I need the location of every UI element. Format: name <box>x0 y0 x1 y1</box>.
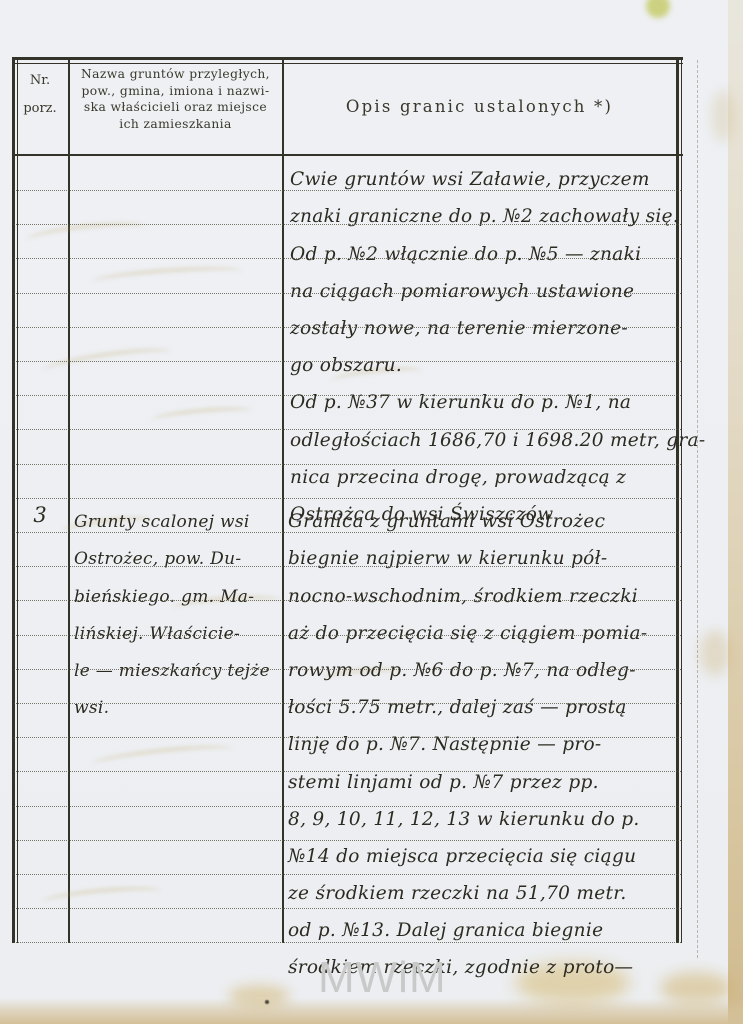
header-text-line: pow., gmina, imiona i nazwi- <box>70 83 281 100</box>
dotted-ruling-line <box>14 737 681 738</box>
handwritten-line: Od p. №37 w kierunku do p. №1, na <box>290 379 680 416</box>
ink-bleed-mark <box>42 884 163 909</box>
header-text-line: ska właścicieli oraz miejsce <box>70 99 281 116</box>
scanned-document-page: Nr. porz. Nazwa gruntów przyległych,pow.… <box>0 0 743 1024</box>
stain-mark <box>712 90 734 142</box>
dotted-ruling-line <box>14 190 681 191</box>
ink-bleed-mark <box>92 742 233 772</box>
handwritten-line: №14 do miejsca przecięcia się ciągu <box>288 833 680 870</box>
handwritten-line: aż do przecięcia się z ciągiem pomia- <box>288 610 680 647</box>
header-text-line: Nazwa gruntów przyległych, <box>70 66 281 83</box>
handwritten-line: rowym od p. №6 do p. №7, na odleg- <box>288 647 680 684</box>
header-text-line: ich zamieszkania <box>70 116 281 133</box>
dotted-ruling-line <box>14 908 681 909</box>
dotted-ruling-line <box>14 942 681 943</box>
handwritten-line: Grunty scalonej wsi <box>74 498 280 535</box>
header-nr-line2: porz. <box>12 101 68 116</box>
handwritten-line: od p. №13. Dalej granica biegnie <box>288 907 680 944</box>
dotted-ruling-line <box>14 532 681 533</box>
header-boundary-description: Opis granic ustalonych *) <box>283 57 676 155</box>
dotted-ruling-line <box>14 806 681 807</box>
handwritten-line: stemi linjami od p. №7 przez pp. <box>288 758 680 795</box>
dotted-ruling-line <box>14 669 681 670</box>
handwritten-line: nocno-wschodnim, środkiem rzeczki <box>288 572 680 609</box>
ink-speck <box>265 1000 269 1004</box>
dotted-ruling-line <box>14 498 681 499</box>
dotted-ruling-line <box>14 361 681 362</box>
dotted-ruling-line <box>14 600 681 601</box>
dotted-ruling-line <box>14 395 681 396</box>
dotted-ruling-line <box>14 293 681 294</box>
dotted-ruling-line <box>14 464 681 465</box>
fold-line <box>697 60 698 958</box>
header-adjacent-lands: Nazwa gruntów przyległych,pow., gmina, i… <box>70 66 281 132</box>
handwritten-line: na ciągach pomiarowych ustawione <box>290 268 680 305</box>
stain-mark <box>700 630 730 676</box>
handwritten-line: lińskiej. Właścicie- <box>74 610 280 647</box>
watermark: MWiM <box>318 953 447 1003</box>
handwritten-line: zostały nowe, na terenie mierzone- <box>290 305 680 342</box>
dotted-ruling-line <box>14 874 681 875</box>
dotted-ruling-line <box>14 258 681 259</box>
ink-bleed-mark <box>25 219 146 248</box>
dotted-ruling-line <box>14 840 681 841</box>
handwritten-line: Granica z gruntami wsi Ostrożec <box>288 498 680 535</box>
handwritten-line: Cwie gruntów wsi Załawie, przyczem <box>290 156 680 193</box>
handwritten-line: le — mieszkańcy tejże <box>74 647 280 684</box>
boundary-description-continuation: Cwie gruntów wsi Załawie, przyczemznaki … <box>290 156 680 528</box>
dotted-ruling-line <box>14 327 681 328</box>
ink-bleed-mark <box>92 264 243 289</box>
entry-number: 3 <box>12 503 68 527</box>
stain-mark <box>646 0 670 18</box>
handwritten-line: odległościach 1686,70 i 1698.20 metr, gr… <box>290 416 680 453</box>
table-border-right-inner <box>681 57 682 943</box>
header-nr-porz: Nr. porz. <box>12 73 68 116</box>
handwritten-line: linję do p. №7. Następnie — pro- <box>288 721 680 758</box>
stain-mark <box>228 985 290 1007</box>
handwritten-line: ze środkiem rzeczki na 51,70 metr. <box>288 870 680 907</box>
dotted-ruling-line <box>14 703 681 704</box>
header-nr-line1: Nr. <box>12 73 68 88</box>
handwritten-line: bieńskiego. gm. Ma- <box>74 572 280 609</box>
dotted-ruling-line <box>14 635 681 636</box>
dotted-ruling-line <box>14 566 681 567</box>
handwritten-line: 8, 9, 10, 11, 12, 13 w kierunku do p. <box>288 796 680 833</box>
handwritten-line: Od p. №2 włącznie do p. №5 — znaki <box>290 230 680 267</box>
header-boundary-label: Opis granic ustalonych *) <box>346 97 613 116</box>
handwritten-line: nica przecina drogę, prowadzącą z <box>290 454 680 491</box>
boundary-register-table: Nr. porz. Nazwa gruntów przyległych,pow.… <box>12 57 683 943</box>
scan-edge-right <box>728 0 743 1024</box>
dotted-ruling-line <box>14 224 681 225</box>
dotted-ruling-line <box>14 429 681 430</box>
dotted-ruling-line <box>14 771 681 772</box>
ink-bleed-mark <box>152 405 253 427</box>
